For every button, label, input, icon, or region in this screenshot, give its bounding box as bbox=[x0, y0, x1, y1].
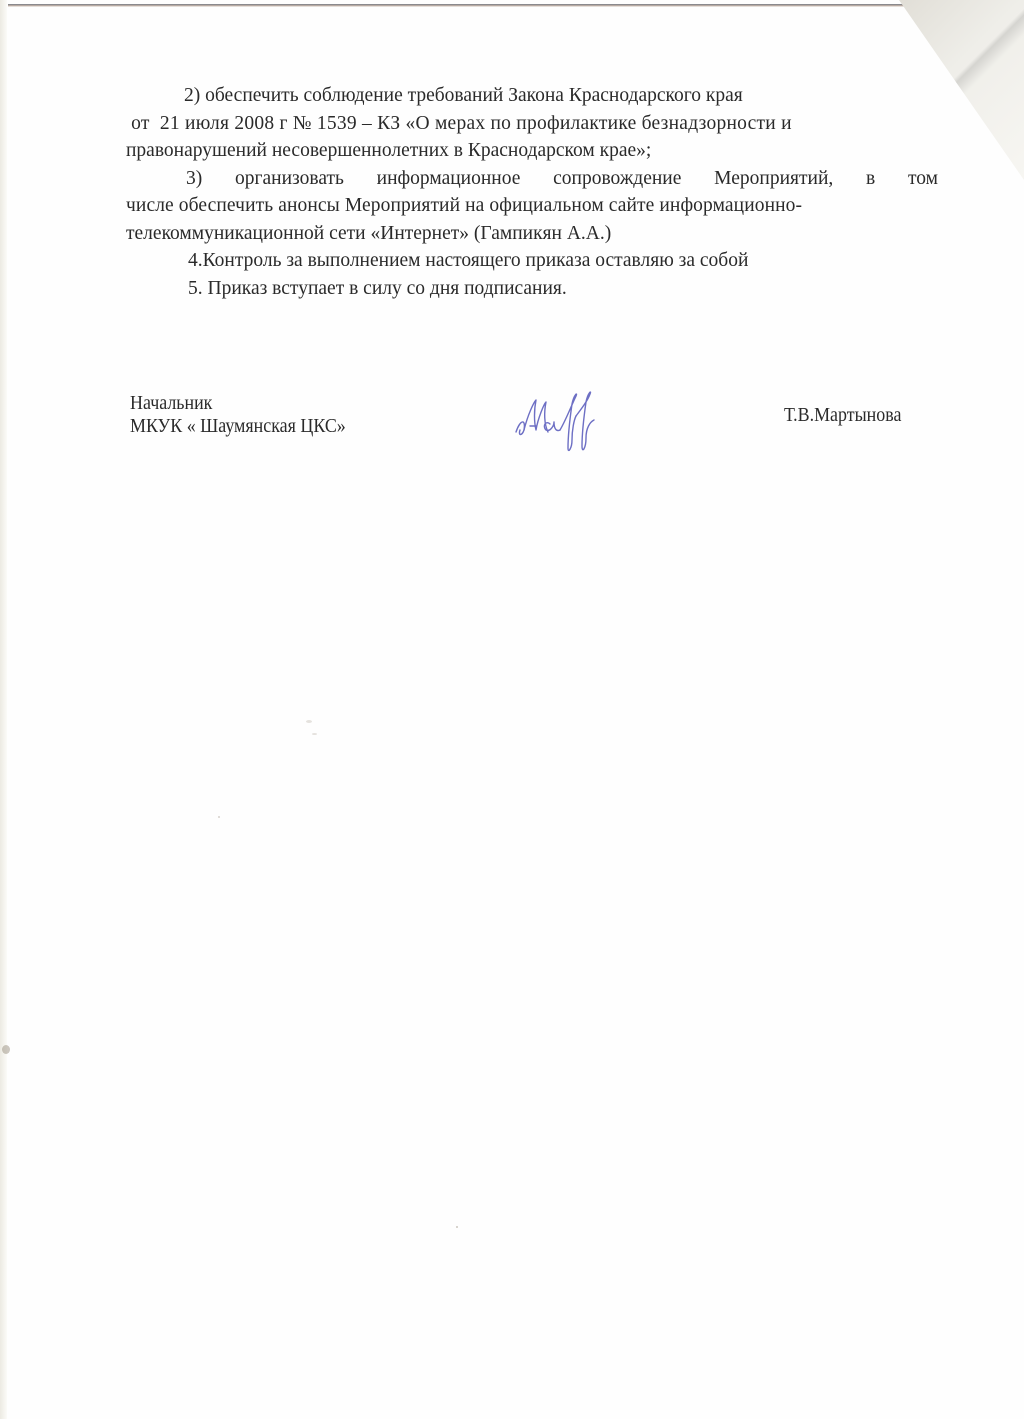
scan-top-edge bbox=[8, 4, 1024, 7]
handwritten-signature-icon bbox=[510, 390, 620, 456]
position-title: Начальник bbox=[130, 392, 346, 415]
item-2-line-2: от 21 июля 2008 г № 1539 – КЗ «О мерах п… bbox=[126, 110, 938, 138]
scan-speck bbox=[2, 1045, 10, 1054]
scan-speck bbox=[218, 816, 220, 818]
item-4: 4.Контроль за выполнением настоящего при… bbox=[126, 247, 938, 275]
signatory-position: Начальник МКУК « Шаумянская ЦКС» bbox=[130, 392, 365, 438]
item-3-line-2: числе обеспечить анонсы Мероприятий на о… bbox=[126, 192, 938, 220]
scanned-document-page: 2) обеспечить соблюдение требований Зако… bbox=[0, 0, 1024, 1419]
item-2-line-3: правонарушений несовершеннолетних в Крас… bbox=[126, 137, 938, 165]
item-2-line-1: 2) обеспечить соблюдение требований Зако… bbox=[126, 82, 938, 110]
organization-name: МКУК « Шаумянская ЦКС» bbox=[130, 415, 346, 438]
order-body-text: 2) обеспечить соблюдение требований Зако… bbox=[126, 82, 938, 302]
item-5: 5. Приказ вступает в силу со дня подписа… bbox=[126, 275, 938, 303]
scan-speck bbox=[456, 1226, 458, 1228]
item-3-line-1: 3) организовать информационное сопровожд… bbox=[126, 165, 938, 193]
scan-speck bbox=[306, 720, 312, 723]
scan-left-edge bbox=[0, 0, 7, 1419]
signer-name: Т.В.Мартынова bbox=[784, 405, 901, 427]
scan-speck bbox=[312, 733, 317, 735]
item-3-line-3: телекоммуникационной сети «Интернет» (Га… bbox=[126, 220, 938, 248]
